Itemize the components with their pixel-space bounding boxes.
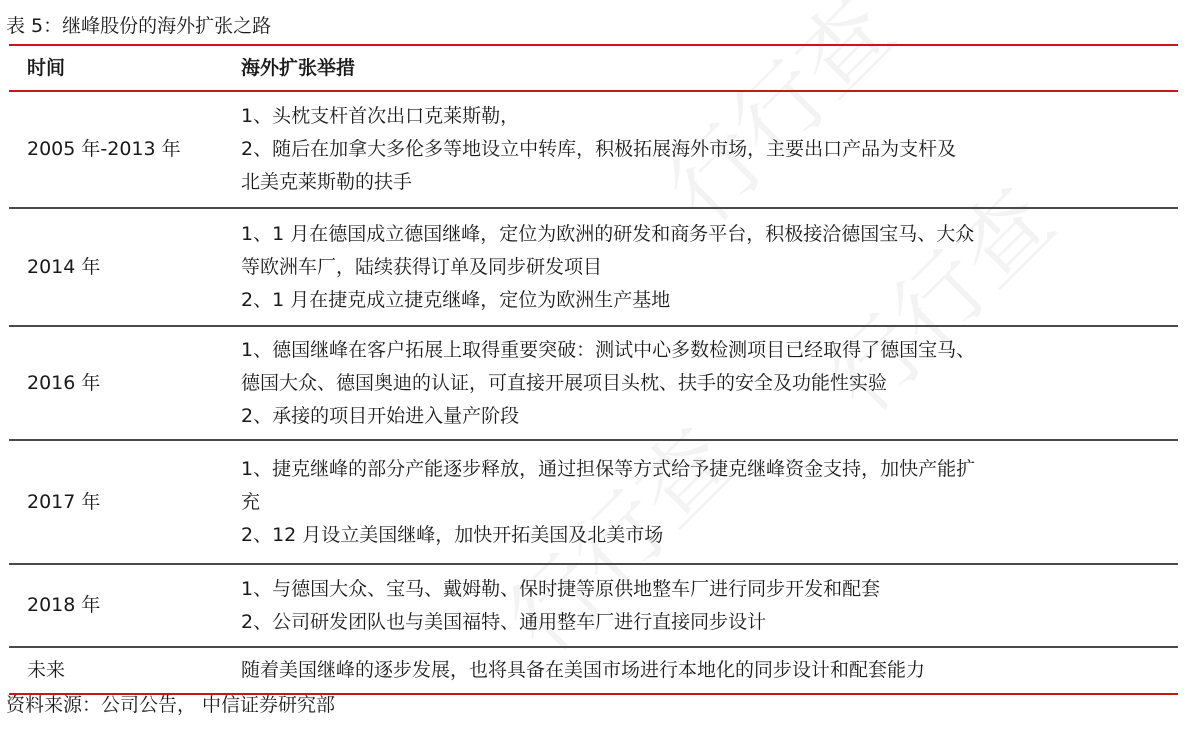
table-row: 2016 年 1、德国继峰在客户拓展上取得重要突破：测试中心多数检测项目已经取得… — [9, 327, 1178, 439]
row-measures: 1、与德国大众、宝马、戴姆勒、保时捷等原供地整车厂进行同步开发和配套 2、公司研… — [228, 569, 1178, 643]
source-note: 资料来源：公司公告， 中信证券研究部 — [6, 693, 335, 717]
measure-line: 1、德国继峰在客户拓展上取得重要突破：测试中心多数检测项目已经取得了德国宝马、 — [241, 334, 1178, 367]
measure-line: 2、随后在加拿大多伦多等地设立中转库，积极拓展海外市场，主要出口产品为支杆及 — [241, 133, 1178, 166]
table-row: 2017 年 1、捷克继峰的部分产能逐步释放，通过担保等方式给予捷克继峰资金支持… — [9, 441, 1178, 563]
measure-line: 1、1 月在德国成立德国继峰，定位为欧洲的研发和商务平台，积极接洽德国宝马、大众 — [241, 218, 1178, 251]
row-time: 2017 年 — [9, 486, 228, 519]
measure-line: 2、12 月设立美国继峰，加快开拓美国及北美市场 — [241, 519, 1178, 552]
row-measures: 1、德国继峰在客户拓展上取得重要突破：测试中心多数检测项目已经取得了德国宝马、 … — [228, 324, 1178, 443]
measure-line: 随着美国继峰的逐步发展，也将具备在美国市场进行本地化的同步设计和配套能力 — [241, 654, 1178, 687]
expansion-table: 时间 海外扩张举措 2005 年-2013 年 1、头枕支杆首次出口克莱斯勒， … — [9, 44, 1178, 695]
measure-line: 2、公司研发团队也与美国福特、通用整车厂进行直接同步设计 — [241, 606, 1178, 639]
measure-line: 北美克莱斯勒的扶手 — [241, 166, 1178, 199]
row-measures: 1、1 月在德国成立德国继峰，定位为欧洲的研发和商务平台，积极接洽德国宝马、大众… — [228, 208, 1178, 327]
measure-line: 等欧洲车厂，陆续获得订单及同步研发项目 — [241, 251, 1178, 284]
table-caption: 表 5：继峰股份的海外扩张之路 — [6, 14, 271, 38]
measure-line: 2、1 月在捷克成立捷克继峰，定位为欧洲生产基地 — [241, 284, 1178, 317]
table-row: 2014 年 1、1 月在德国成立德国继峰，定位为欧洲的研发和商务平台，积极接洽… — [9, 209, 1178, 325]
row-time: 2016 年 — [9, 367, 228, 400]
row-time: 2014 年 — [9, 251, 228, 284]
measure-line: 充 — [241, 486, 1178, 519]
row-time: 2005 年-2013 年 — [9, 133, 228, 166]
measure-line: 1、头枕支杆首次出口克莱斯勒， — [241, 100, 1178, 133]
row-measures: 随着美国继峰的逐步发展，也将具备在美国市场进行本地化的同步设计和配套能力 — [228, 652, 1178, 689]
measure-line: 1、与德国大众、宝马、戴姆勒、保时捷等原供地整车厂进行同步开发和配套 — [241, 573, 1178, 606]
measure-line: 2、承接的项目开始进入量产阶段 — [241, 400, 1178, 433]
row-time: 未来 — [9, 654, 228, 687]
row-measures: 1、头枕支杆首次出口克莱斯勒， 2、随后在加拿大多伦多等地设立中转库，积极拓展海… — [228, 90, 1178, 209]
row-time: 2018 年 — [9, 589, 228, 622]
header-time: 时间 — [9, 52, 228, 85]
measure-line: 1、捷克继峰的部分产能逐步释放，通过担保等方式给予捷克继峰资金支持，加快产能扩 — [241, 453, 1178, 486]
table-row: 2005 年-2013 年 1、头枕支杆首次出口克莱斯勒， 2、随后在加拿大多伦… — [9, 92, 1178, 207]
table-row: 未来 随着美国继峰的逐步发展，也将具备在美国市场进行本地化的同步设计和配套能力 — [9, 648, 1178, 693]
table-header-row: 时间 海外扩张举措 — [9, 46, 1178, 90]
header-measures: 海外扩张举措 — [228, 52, 1178, 85]
table-row: 2018 年 1、与德国大众、宝马、戴姆勒、保时捷等原供地整车厂进行同步开发和配… — [9, 565, 1178, 646]
measure-line: 德国大众、德国奥迪的认证，可直接开展项目头枕、扶手的安全及功能性实验 — [241, 367, 1178, 400]
row-measures: 1、捷克继峰的部分产能逐步释放，通过担保等方式给予捷克继峰资金支持，加快产能扩 … — [228, 443, 1178, 562]
